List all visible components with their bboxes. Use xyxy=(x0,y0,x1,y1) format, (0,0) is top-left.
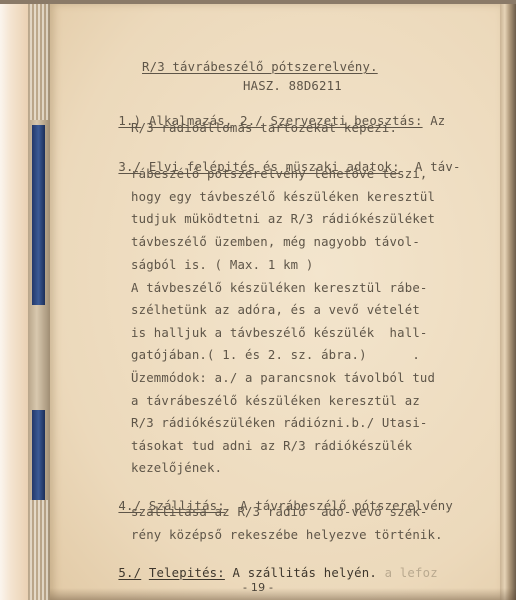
section-1-text: Az xyxy=(430,114,445,128)
section-5-text: A szállitás helyén. xyxy=(233,566,377,580)
typed-text: R/3 távrábeszélő pótszerelvény. HASZ. 88… xyxy=(0,0,516,600)
document-title: R/3 távrábeszélő pótszerelvény. xyxy=(142,59,378,75)
section-5-heading: Telepités: xyxy=(149,566,225,580)
section-3-line: R/3 rádiókészüléken rádiózni.b./ Utasi- xyxy=(131,415,428,431)
section-3-line: gatójában.( 1. és 2. sz. ábra.) . xyxy=(131,347,420,363)
section-3-line: a távrábeszélő készüléken keresztül az xyxy=(131,393,420,409)
section-5-faint-text: a lefoz xyxy=(385,566,438,580)
section-3-line: Üzemmódok: a./ a parancsnok távolból tud xyxy=(131,370,435,386)
section-3-line: szélhetünk az adóra, és a vevő vételét xyxy=(131,302,420,318)
section-3-line: is halljuk a távbeszélő készülék hall- xyxy=(131,325,428,341)
section-3-line: rábeszélő pótszerelvény lehetővé teszi, xyxy=(131,166,428,182)
section-3-line: tudjuk müködtetni az R/3 rádiókészüléket xyxy=(131,211,435,227)
section-3-line: A távbeszélő készüléken keresztül rábe- xyxy=(131,280,428,296)
section-3-line: kezelőjének. xyxy=(131,460,222,476)
section-5-number: 5./ xyxy=(118,566,141,580)
page-number: - 19 - xyxy=(243,580,273,596)
section-4-line: szállitása az R/3 rádió adó-vevő szek- xyxy=(131,504,428,520)
document-reference: HASZ. 88D6211 xyxy=(243,78,342,94)
section-3-line: tásokat tud adni az R/3 rádiókészülék xyxy=(131,438,412,454)
section-3-line: hogy egy távbeszélő készüléken keresztül xyxy=(131,189,435,205)
section-3-line: távbeszélő üzemben, még nagyobb távol- xyxy=(131,234,420,250)
section-4-line: rény középső rekeszébe helyezve történik… xyxy=(131,527,443,543)
section-1-line: R/3 rádióállomás tartozékát képezi. xyxy=(131,120,397,136)
section-3-line: ságból is. ( Max. 1 km ) xyxy=(131,257,313,273)
